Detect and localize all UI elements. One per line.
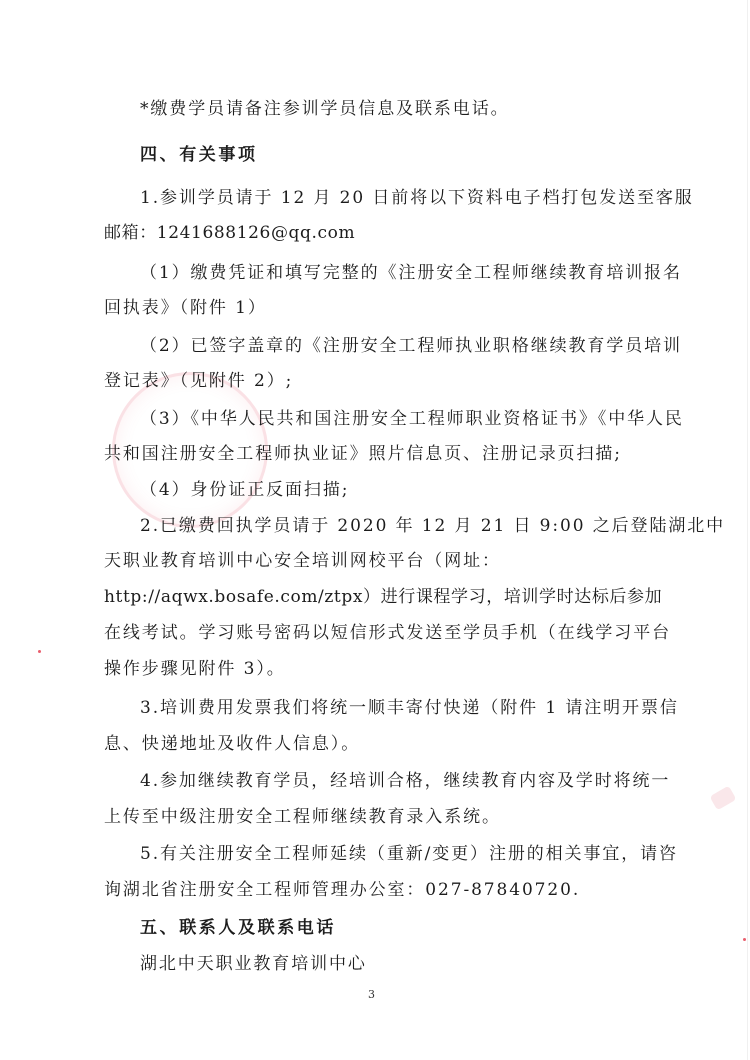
organization-name: 湖北中天职业教育培训中心 (140, 953, 367, 975)
item-2-line-2: 天职业教育培训中心安全培训网校平台（网址： (104, 550, 501, 572)
item-5-line-1: 5.有关注册安全工程师延续（重新/变更）注册的相关事宜，请咨 (140, 843, 678, 865)
sub-item-1-line-2: 回执表》（附件 1） (104, 297, 267, 319)
item-2-line-4: 在线考试。学习账号密码以短信形式发送至学员手机（在线学习平台 (104, 622, 671, 644)
page-number: 3 (368, 988, 375, 1001)
item-5-line-2: 询湖北省注册安全工程师管理办公室：027-87840720. (104, 879, 580, 901)
item-4-line-1: 4.参加继续教育学员，经培训合格，继续教育内容及学时将统一 (140, 770, 670, 792)
sub-item-2-line-1: （2）已签字盖章的《注册安全工程师执业职格继续教育学员培训 (140, 335, 682, 357)
item-2-line-1: 2.已缴费回执学员请于 2020 年 12 月 21 日 9:00 之后登陆湖北… (140, 515, 725, 537)
red-speck (38, 650, 41, 653)
item-3-line-1: 3.培训费用发票我们将统一顺丰寄付快递（附件 1 请注明开票信 (140, 697, 679, 719)
sub-item-3-line-1: （3）《中华人民共和国注册安全工程师职业资格证书》《中华人民 (140, 408, 684, 430)
red-speck (743, 938, 746, 941)
item-4-line-2: 上传至中级注册安全工程师继续教育录入系统。 (104, 806, 501, 828)
item-1-line-1: 1.参训学员请于 12 月 20 日前将以下资料电子档打包发送至客服 (140, 187, 694, 209)
item-2-url-line: http://aqwx.bosafe.com/ztpx）进行课程学习，培训学时达… (104, 586, 662, 608)
sub-item-4-line-1: （4）身份证正反面扫描; (140, 479, 349, 501)
document-page: *缴费学员请备注参训学员信息及联系电话。 四、有关事项 1.参训学员请于 12 … (0, 0, 750, 1060)
faint-red-mark (709, 786, 736, 811)
sub-item-1-line-1: （1）缴费凭证和填写完整的《注册安全工程师继续教育培训报名 (140, 262, 682, 284)
item-2-line-5: 操作步骤见附件 3）。 (104, 658, 286, 680)
sub-item-2-line-2: 登记表》（见附件 2）; (104, 370, 293, 392)
item-1-email: 邮箱：1241688126@qq.com (104, 222, 355, 244)
section-heading-4: 四、有关事项 (140, 144, 258, 166)
sub-item-3-line-2: 共和国注册安全工程师执业证》照片信息页、注册记录页扫描; (104, 443, 622, 465)
item-3-line-2: 息、快递地址及收件人信息）。 (104, 733, 360, 755)
section-heading-5: 五、联系人及联系电话 (140, 917, 336, 939)
payment-note: *缴费学员请备注参训学员信息及联系电话。 (140, 98, 510, 120)
scan-edge (747, 0, 748, 1060)
